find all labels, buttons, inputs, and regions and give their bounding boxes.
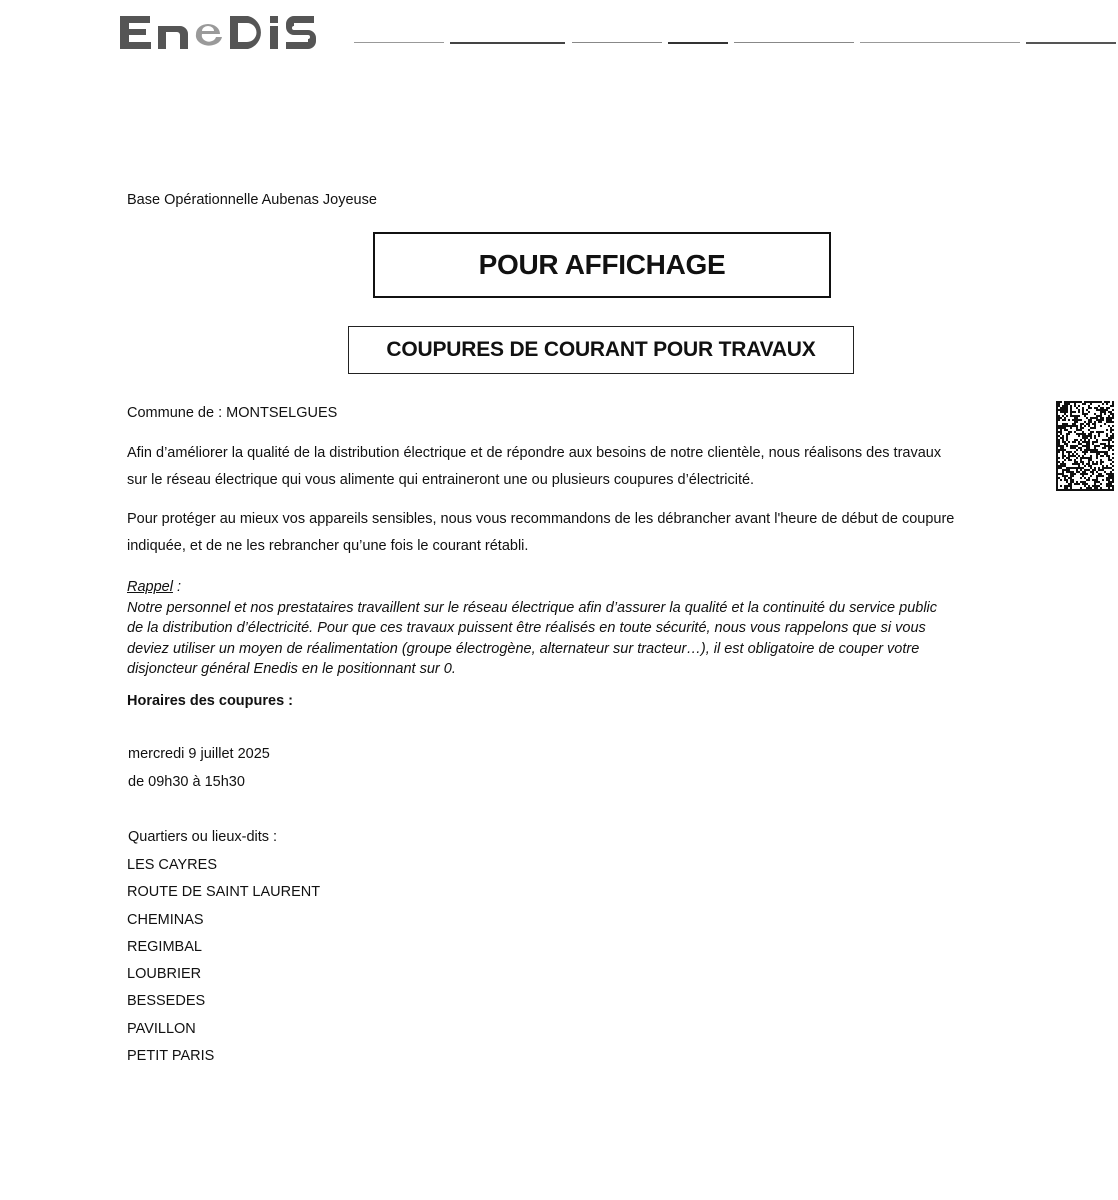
quartiers-list: LES CAYRES ROUTE DE SAINT LAURENT CHEMIN…	[127, 856, 320, 1074]
rappel-title: Rappel	[127, 579, 173, 595]
list-item: CHEMINAS	[127, 911, 320, 938]
header-rule	[354, 42, 1116, 44]
horaires-title: Horaires des coupures :	[127, 693, 293, 709]
advice-line-1: Pour protéger au mieux vos appareils sen…	[127, 506, 1047, 533]
advice-paragraph: Pour protéger au mieux vos appareils sen…	[127, 506, 1047, 560]
rappel-line: disjoncteur général Enedis en le positio…	[127, 659, 1047, 680]
datamatrix-code-icon	[1056, 401, 1114, 491]
commune-label: Commune de : MONTSELGUES	[127, 405, 337, 421]
rappel-line: deviez utiliser un moyen de réalimentati…	[127, 639, 1047, 660]
outage-date: mercredi 9 juillet 2025	[128, 746, 270, 762]
enedis-logo-icon	[118, 10, 334, 52]
list-item: PAVILLON	[127, 1020, 320, 1047]
rappel-line: de la distribution d’électricité. Pour q…	[127, 618, 1047, 639]
intro-line-1: Afin d’améliorer la qualité de la distri…	[127, 440, 1047, 467]
enedis-logo	[118, 6, 334, 52]
display-banner: POUR AFFICHAGE	[373, 232, 831, 298]
list-item: BESSEDES	[127, 992, 320, 1019]
rappel-colon: :	[173, 579, 181, 595]
rappel-section: Rappel : Notre personnel et nos prestata…	[127, 577, 1047, 680]
quartiers-label: Quartiers ou lieux-dits :	[128, 829, 277, 845]
list-item: LOUBRIER	[127, 965, 320, 992]
intro-line-2: sur le réseau électrique qui vous alimen…	[127, 467, 1047, 494]
rappel-line: Notre personnel et nos prestataires trav…	[127, 598, 1047, 619]
list-item: PETIT PARIS	[127, 1047, 320, 1074]
advice-line-2: indiquée, et de ne les rebrancher qu’une…	[127, 533, 1047, 560]
list-item: REGIMBAL	[127, 938, 320, 965]
list-item: ROUTE DE SAINT LAURENT	[127, 883, 320, 910]
subtitle-banner: COUPURES DE COURANT POUR TRAVAUX	[348, 326, 854, 374]
intro-paragraph: Afin d’améliorer la qualité de la distri…	[127, 440, 1047, 494]
outage-time-range: de 09h30 à 15h30	[128, 774, 245, 790]
base-operationnelle: Base Opérationnelle Aubenas Joyeuse	[127, 192, 377, 208]
list-item: LES CAYRES	[127, 856, 320, 883]
rappel-heading: Rappel :	[127, 577, 1047, 598]
